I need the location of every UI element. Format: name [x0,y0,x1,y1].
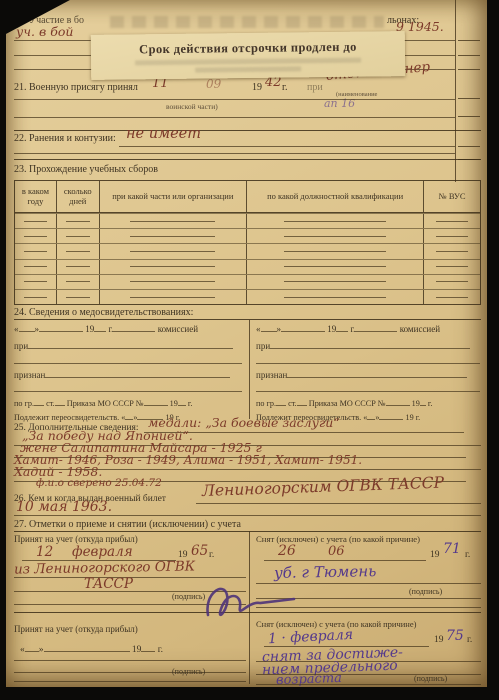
deferment-slip: Срок действия отсрочки продлен до [91,31,406,80]
removed1-year-suffix: г. [465,551,470,561]
table-header-vus: № ВУС [424,181,480,212]
ruled-line [14,99,455,100]
order-label: 19 [412,399,420,408]
table-empty-row [15,228,480,243]
field-22-handwritten: не имеет [126,127,201,142]
year-prefix: 19 [327,324,336,334]
commission-label: комиссией [400,324,440,334]
margin-blank [458,116,480,117]
ruled-line [14,319,481,320]
ruled-line [196,503,481,504]
removed2-year-suffix: г. [467,636,472,646]
removed2-year-prefix: 19 [434,636,444,646]
ruled-line [14,660,246,661]
order-label: г. [188,399,192,408]
bleed-through-text [195,66,302,72]
accept1-region-handwritten: ТАССР [84,578,133,592]
table-empty-row [15,213,480,228]
ruled-line [119,146,455,147]
military-registration-card: 20. Участие в бо льонах: уч. в бой 9 194… [6,0,487,687]
order-label: Приказа МО СССР № [309,399,386,408]
field-25-hw-line6: ф.и.о сверено 25.04.72 [36,478,162,489]
priznan-label: признан [14,370,45,380]
accept2-blank-date: «» 19 г. [20,642,163,655]
resurvey-year: 19 г. [405,413,420,422]
field-26-hw-date: 10 мая 1963. [16,500,112,514]
removed2-sign-label: (подпись) [414,675,447,683]
margin-blank [458,98,480,99]
removed2-date-handwritten: 1 · февраля [268,628,354,646]
bleed-through-text [135,58,361,66]
table-empty-row [15,289,480,304]
margin-divider [455,0,456,182]
resurvey-label: Подлежит переосвидетельств. [14,413,119,422]
field-22-label: 22. Ранения и контузии: [14,134,116,145]
accept2-label: Принят на учет (откуда прибыл) [14,625,138,634]
field-21-label: 21. Военную присягу принял [14,83,138,94]
pri-label: при [256,341,270,351]
margin-blank [458,69,480,70]
order-label: ст. [288,399,297,408]
removed1-sign-label: (подпись) [409,588,442,596]
margin-blank [458,146,480,147]
table-header-unit: при какой части или организации [100,181,247,212]
order-label: по гр. [256,399,276,408]
faded-print [110,16,384,28]
field-24-label: 24. Сведения о медосвидетельствованиях: [14,308,193,319]
field-26-hw-issuer: Лениногорским ОГВК ТАССР [202,476,445,500]
training-camps-table: в каком году сколько дней при какой част… [14,180,481,305]
ruled-line [14,515,481,516]
column-divider [249,320,250,419]
removed2-year-handwritten: 75 [446,629,464,643]
field-21-year-suffix: г. [282,83,287,94]
ruled-line [14,531,481,532]
table-empty-row [15,259,480,274]
ruled-line [14,672,246,673]
margin-blank [458,40,480,41]
order-label: 19 [170,399,178,408]
year-suffix: г. [158,645,163,655]
accept1-from-handwritten: из Лениногорского ОГВК [14,560,195,577]
table-empty-row [15,243,480,258]
removed1-day-handwritten: 26 [278,544,296,558]
table-header-year: в каком году [15,181,57,212]
commission-label: комиссией [158,324,198,334]
deferment-slip-text: Срок действия отсрочки продлен до [91,31,405,58]
field-21-pri-label: при [307,83,323,94]
priznan-label: признан [256,370,287,380]
accept1-day-handwritten: 12 [36,546,53,560]
field-21-note-bottom: воинской части) [166,103,218,111]
ruled-line [256,684,481,685]
ruled-line [14,117,455,118]
field-21-year-prefix: 19 [252,83,262,94]
ruled-line [14,681,246,682]
table-header-days: сколько дней [57,181,100,212]
accept1-year-handwritten: 65 [191,545,208,559]
removed1-year-prefix: 19 [430,551,440,561]
field-20-handwritten: уч. в бой [16,26,73,39]
field-21-month-handwritten: 09 [206,78,221,90]
pri-label: при [14,341,28,351]
order-label: по гр. [14,399,34,408]
table-empty-row [15,274,480,289]
order-label: г. [428,399,432,408]
ruled-line [264,560,426,561]
ruled-line [14,153,455,154]
year-prefix: 19 [85,324,94,334]
signature [194,575,304,630]
removed1-year-handwritten: 71 [443,542,461,556]
accept2-sign-label: (подпись) [172,668,205,676]
removed1-month-handwritten: 06 [328,545,345,558]
order-label: ст. [46,399,55,408]
accept1-month-handwritten: февраля [72,546,133,560]
field-27-label: 27. Отметки о приеме и снятии (исключени… [14,520,241,531]
field-23-label: 23. Прохождение учебных сборов [14,165,158,176]
ruled-line [14,159,481,160]
order-label: Приказа МО СССР № [67,399,144,408]
accept1-year-suffix: г. [209,551,214,561]
table-header-row: в каком году сколько дней при какой част… [15,181,480,213]
field-21-year-handwritten: 42 [265,76,282,89]
ruled-line [14,130,481,131]
margin-blank [458,55,480,56]
year-prefix: 19 [132,645,142,655]
table-header-qualification: по какой должностной квалификации [247,181,424,212]
